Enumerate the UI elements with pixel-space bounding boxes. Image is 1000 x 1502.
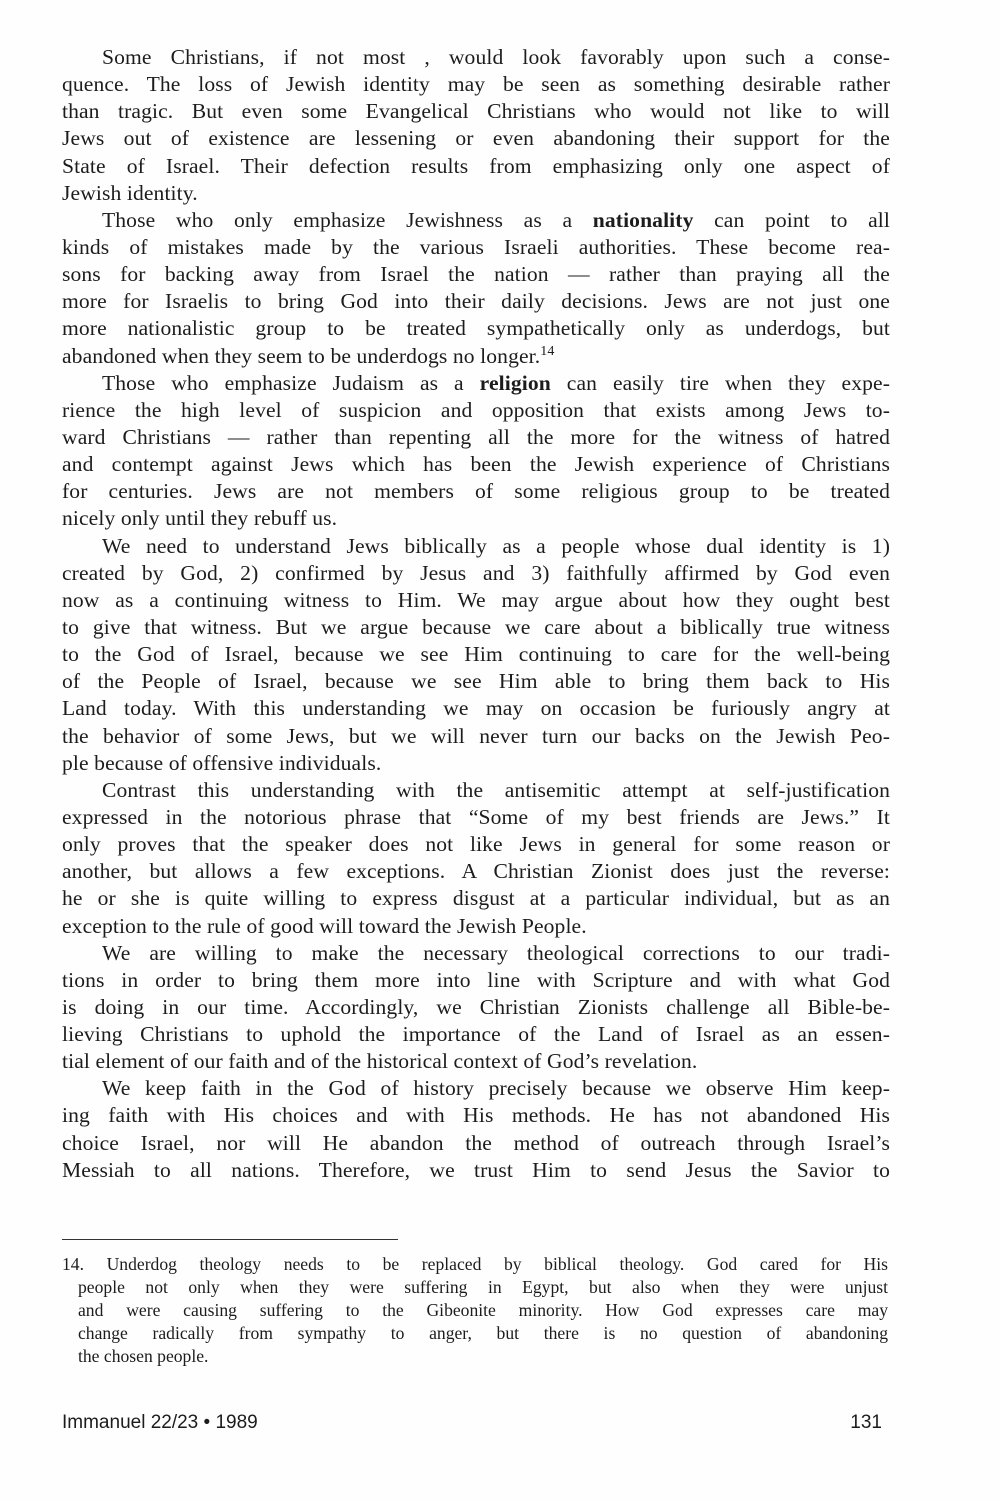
text-line: We are willing to make the necessary the… bbox=[62, 940, 890, 967]
text-line: now as a continuing witness to Him. We m… bbox=[62, 587, 890, 614]
text-line: We need to understand Jews biblically as… bbox=[62, 533, 890, 560]
paragraph: Some Christians, if not most , would loo… bbox=[62, 44, 890, 207]
text-line: quence. The loss of Jewish identity may … bbox=[62, 71, 890, 98]
text-line: ward Christians — rather than repenting … bbox=[62, 424, 890, 451]
emphasis-nationality: nationality bbox=[593, 208, 694, 232]
text-line: ple because of offensive individuals. bbox=[62, 750, 890, 777]
emphasis-religion: religion bbox=[480, 371, 551, 395]
text-line: Jews out of existence are lessening or e… bbox=[62, 125, 890, 152]
text-line: tial element of our faith and of the his… bbox=[62, 1048, 890, 1075]
paragraph: Contrast this understanding with the ant… bbox=[62, 777, 890, 940]
text-line: Those who emphasize Judaism as a religio… bbox=[62, 370, 890, 397]
footnote-line: people not only when they were suffering… bbox=[62, 1276, 888, 1299]
text-line: Land today. With this understanding we m… bbox=[62, 695, 890, 722]
journal-footer: Immanuel 22/23 • 1989 bbox=[62, 1412, 258, 1434]
text-line: Contrast this understanding with the ant… bbox=[62, 777, 890, 804]
paragraph: Those who emphasize Judaism as a religio… bbox=[62, 370, 890, 533]
text-line: kinds of mistakes made by the various Is… bbox=[62, 234, 890, 261]
text-line: sons for backing away from Israel the na… bbox=[62, 261, 890, 288]
footnote-line: the chosen people. bbox=[62, 1345, 888, 1368]
text-line: and contempt against Jews which has been… bbox=[62, 451, 890, 478]
paragraph: We keep faith in the God of history prec… bbox=[62, 1075, 890, 1184]
text-line: rience the high level of suspicion and o… bbox=[62, 397, 890, 424]
text-line: the behavior of some Jews, but we will n… bbox=[62, 723, 890, 750]
text-line: created by God, 2) confirmed by Jesus an… bbox=[62, 560, 890, 587]
text-line: Messiah to all nations. Therefore, we tr… bbox=[62, 1157, 890, 1184]
text-line: Some Christians, if not most , would loo… bbox=[62, 44, 890, 71]
text-line: he or she is quite willing to express di… bbox=[62, 885, 890, 912]
text-line: for centuries. Jews are not members of s… bbox=[62, 478, 890, 505]
text-line: of the People of Israel, because we see … bbox=[62, 668, 890, 695]
text-line: more nationalistic group to be treated s… bbox=[62, 315, 890, 342]
text-run: Underdog theology needs to be replaced b… bbox=[107, 1254, 888, 1274]
text-line: nicely only until they rebuff us. bbox=[62, 505, 890, 532]
text-line: choice Israel, nor will He abandon the m… bbox=[62, 1130, 890, 1157]
footnote-line: 14. Underdog theology needs to be replac… bbox=[62, 1253, 888, 1276]
footnote-line: and were causing suffering to the Gibeon… bbox=[62, 1299, 888, 1322]
footnote-divider bbox=[62, 1239, 398, 1240]
text-run: can point to all bbox=[693, 208, 890, 232]
footnote-14: 14. Underdog theology needs to be replac… bbox=[62, 1253, 888, 1368]
page-number: 131 bbox=[850, 1412, 882, 1434]
text-run: can easily tire when they expe- bbox=[551, 371, 890, 395]
text-line: ing faith with His choices and with His … bbox=[62, 1102, 890, 1129]
text-line: to give that witness. But we argue becau… bbox=[62, 614, 890, 641]
text-line: more for Israelis to bring God into thei… bbox=[62, 288, 890, 315]
text-run: Those who emphasize Judaism as a bbox=[102, 371, 480, 395]
paragraph: We need to understand Jews biblically as… bbox=[62, 533, 890, 777]
footnote-number: 14. bbox=[62, 1254, 84, 1274]
text-line: exception to the rule of good will towar… bbox=[62, 913, 890, 940]
text-line: only proves that the speaker does not li… bbox=[62, 831, 890, 858]
paragraph: We are willing to make the necessary the… bbox=[62, 940, 890, 1076]
text-line: another, but allows a few exceptions. A … bbox=[62, 858, 890, 885]
text-line: to the God of Israel, because we see Him… bbox=[62, 641, 890, 668]
text-line: tions in order to bring them more into l… bbox=[62, 967, 890, 994]
text-line: Those who only emphasize Jewishness as a… bbox=[62, 207, 890, 234]
document-page: Some Christians, if not most , would loo… bbox=[0, 0, 1000, 1502]
text-line: We keep faith in the God of history prec… bbox=[62, 1075, 890, 1102]
body-text: Some Christians, if not most , would loo… bbox=[62, 44, 890, 1184]
text-line: Jewish identity. bbox=[62, 180, 890, 207]
text-line: is doing in our time. Accordingly, we Ch… bbox=[62, 994, 890, 1021]
text-line: lieving Christians to uphold the importa… bbox=[62, 1021, 890, 1048]
text-line: expressed in the notorious phrase that “… bbox=[62, 804, 890, 831]
text-line: abandoned when they seem to be underdogs… bbox=[62, 343, 890, 370]
text-run: abandoned when they seem to be underdogs… bbox=[62, 344, 540, 368]
footnote-line: change radically from sympathy to anger,… bbox=[62, 1322, 888, 1345]
text-line: than tragic. But even some Evangelical C… bbox=[62, 98, 890, 125]
text-run: Those who only emphasize Jewishness as a bbox=[102, 208, 593, 232]
text-line: State of Israel. Their defection results… bbox=[62, 153, 890, 180]
footnote-reference[interactable]: 14 bbox=[540, 344, 554, 359]
paragraph: Those who only emphasize Jewishness as a… bbox=[62, 207, 890, 370]
